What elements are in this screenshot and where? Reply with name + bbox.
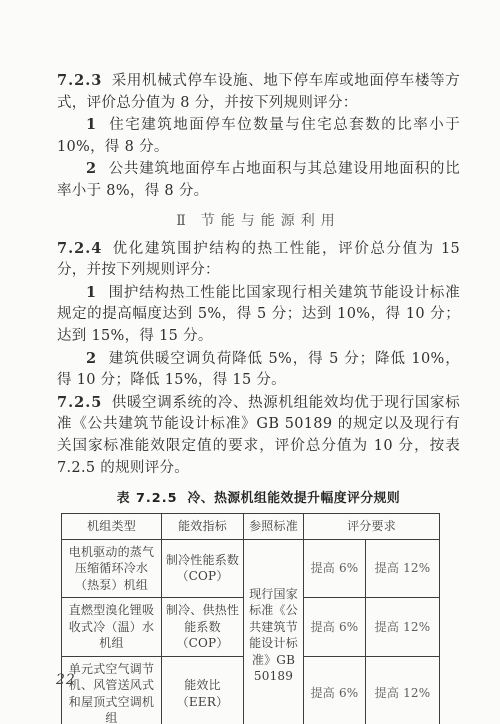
table-caption-title: 冷、热源机组能效提升幅度评分规则	[187, 491, 400, 506]
clause-7-2-3-item-1: 1住宅建筑地面停车位数量与住宅总套数的比率小于 10%，得 8 分。	[57, 114, 460, 158]
cell-unit-type: 电机驱动的蒸气压缩循环冷水（热泵）机组	[62, 539, 162, 598]
header-indicator: 能效指标	[162, 514, 244, 540]
item-number: 2	[86, 350, 97, 367]
item-number: 1	[86, 116, 97, 133]
item-text: 住宅建筑地面停车位数量与住宅总套数的比率小于 10%，得 8 分。	[57, 117, 460, 155]
cell-unit-type: 直燃型溴化锂吸收式冷（温）水机组	[62, 598, 162, 657]
item-text: 围护结构热工性能比国家现行相关建筑节能设计标准规定的提高幅度达到 5%，得 5 …	[57, 285, 460, 344]
clause-text: 供暖空调系统的冷、热源机组能效均优于现行国家标准《公共建筑节能设计标准》GB 5…	[57, 395, 460, 476]
table-row: 电机驱动的蒸气压缩循环冷水（热泵）机组 制冷性能系数（COP） 现行国家标准《公…	[62, 539, 440, 598]
header-requirement: 评分要求	[304, 514, 440, 540]
item-text: 建筑供暖空调负荷降低 5%，得 5 分；降低 10%，得 10 分；降低 15%…	[57, 351, 460, 389]
clause-7-2-5: 7.2.5供暖空调系统的冷、热源机组能效均优于现行国家标准《公共建筑节能设计标准…	[57, 392, 460, 479]
section-heading: Ⅱ节能与能源利用	[57, 210, 460, 230]
section-numeral: Ⅱ	[176, 213, 187, 229]
clause-7-2-4-item-1: 1围护结构热工性能比国家现行相关建筑节能设计标准规定的提高幅度达到 5%，得 5…	[57, 282, 460, 348]
document-page: 7.2.3采用机械式停车设施、地下停车库或地面停车楼等方式，评价总分值为 8 分…	[0, 0, 500, 724]
cell-req-6: 提高 6%	[304, 539, 366, 598]
table-caption-label: 表 7.2.5	[117, 491, 178, 506]
section-title: 节能与能源利用	[201, 213, 341, 229]
clause-7-2-3: 7.2.3采用机械式停车设施、地下停车库或地面停车楼等方式，评价总分值为 8 分…	[57, 70, 460, 114]
rules-table: 机组类型 能效指标 参照标准 评分要求 电机驱动的蒸气压缩循环冷水（热泵）机组 …	[61, 513, 440, 724]
clause-7-2-3-item-2: 2公共建筑地面停车占地面积与其总建设用地面积的比率小于 8%，得 8 分。	[57, 158, 460, 202]
clause-number: 7.2.5	[57, 394, 102, 411]
cell-unit-type: 单元式空气调节机、风管送风式和屋顶式空调机组	[62, 656, 162, 724]
clause-7-2-4: 7.2.4优化建筑围护结构的热工性能，评价总分值为 15 分，并按下列规则评分：	[57, 238, 460, 282]
item-number: 1	[86, 284, 97, 301]
header-unit-type: 机组类型	[62, 514, 162, 540]
cell-req-12: 提高 12%	[366, 656, 440, 724]
clause-number: 7.2.4	[57, 240, 102, 257]
cell-req-6: 提高 6%	[304, 598, 366, 657]
page-number: 22	[56, 672, 76, 688]
clause-7-2-4-item-2: 2建筑供暖空调负荷降低 5%，得 5 分；降低 10%，得 10 分；降低 15…	[57, 348, 460, 392]
header-reference: 参照标准	[244, 514, 304, 540]
cell-req-6: 提高 6%	[304, 656, 366, 724]
item-number: 2	[86, 160, 97, 177]
cell-indicator: 制冷、供热性能系数（COP）	[162, 598, 244, 657]
cell-indicator: 制冷性能系数（COP）	[162, 539, 244, 598]
cell-indicator: 能效比（EER）	[162, 656, 244, 724]
item-text: 公共建筑地面停车占地面积与其总建设用地面积的比率小于 8%，得 8 分。	[57, 161, 460, 199]
text-column: 7.2.3采用机械式停车设施、地下停车库或地面停车楼等方式，评价总分值为 8 分…	[57, 70, 460, 724]
cell-req-12: 提高 12%	[366, 539, 440, 598]
clause-text: 优化建筑围护结构的热工性能，评价总分值为 15 分，并按下列规则评分：	[57, 241, 460, 279]
cell-req-12: 提高 12%	[366, 598, 440, 657]
table-caption: 表 7.2.5冷、热源机组能效提升幅度评分规则	[57, 487, 460, 506]
clause-number: 7.2.3	[57, 72, 102, 89]
cell-reference-standard: 现行国家标准《公共建筑节能设计标准》GB 50189	[244, 539, 304, 724]
table-header-row: 机组类型 能效指标 参照标准 评分要求	[62, 514, 440, 540]
clause-text: 采用机械式停车设施、地下停车库或地面停车楼等方式，评价总分值为 8 分，并按下列…	[57, 73, 460, 111]
